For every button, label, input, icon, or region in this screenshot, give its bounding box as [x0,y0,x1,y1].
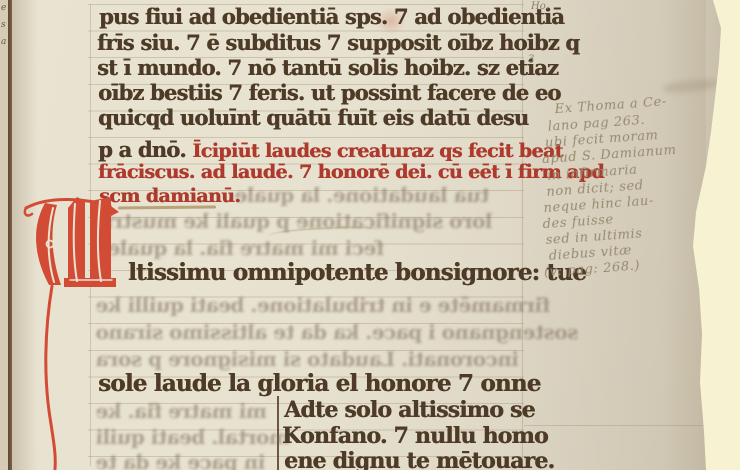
text-line-mixed: p a dnō. Īcipiūt laudes creaturaz qs fec… [98,139,563,161]
ghost-line: sostengnano i pace. ka da te altissimo s… [96,322,578,342]
ghost-line: feci mi matre fia. la quale [108,238,384,258]
rubric-incipit: Īcipiūt laudes creaturaz qs fecit beat [192,140,562,162]
canticle-column-line: ene dignu te mētouare. [284,450,554,470]
decorated-initial-A [22,192,127,470]
edge-mark: a [1,37,6,47]
text-line: st ī mundo. 7 nō tantū solis hoibz. sz e… [97,57,558,78]
canticle-column-line: Adte solo altissimo se [284,399,535,421]
canticle-line: sole laude la gloria el honore 7 onne [98,372,540,395]
canticle-column-line: Konfano. 7 nullu homo [282,425,548,447]
edge-mark: e [1,3,6,13]
text-line: frīs siu. 7 ē subditus 7 supposit oībz h… [97,32,579,53]
text-line: quicqd uoluīnt quātū fuīt eis datū desu [98,107,528,128]
text-line: oībz bestiis 7 feris. ut possint facere … [98,82,560,103]
gutter-strip [0,0,8,470]
text-brown: p a dnō. [98,137,186,162]
ghost-line: loro significatione p quali ke mustri [106,211,492,231]
ghost-line: tua laudatione. la quale [235,185,489,205]
corner-mark-side: 3 [528,54,534,65]
rubric-line: frāciscus. ad laudē. 7 honorē dei. cū eē… [98,163,604,182]
corner-mark-top: Ho. [531,1,549,12]
edge-mark: s [1,20,6,30]
ghost-line: firmamẽte e in tribulatione. beati quill… [96,295,550,315]
manuscript-photo: e s a tua laudatione. la quale loro sign… [0,0,740,470]
ghost-line: incoronati. Laudato si misignore p sora [96,349,519,369]
extended-ruling-line [524,425,706,426]
canticle-line: ltissimu omnipotente bonsignore: tue [128,261,586,284]
parchment-page: e s a tua laudatione. la quale loro sign… [0,0,740,470]
text-line: pus fiui ad obedientiā sps. 7 ad obedien… [99,6,564,27]
